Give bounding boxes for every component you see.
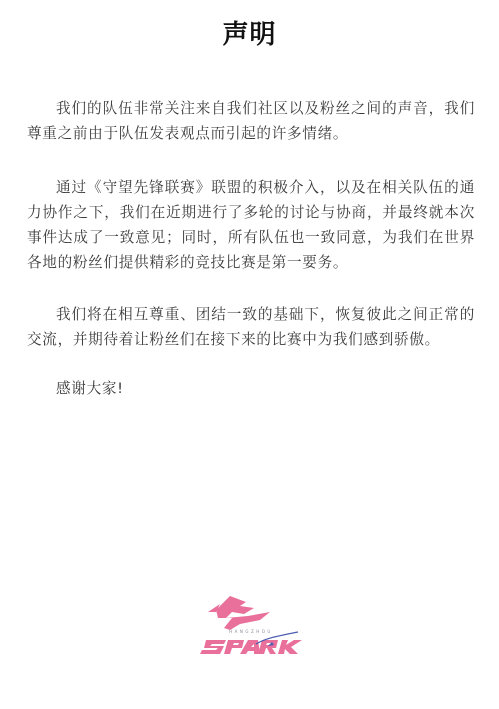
statement-body: 我们的队伍非常关注来自我们社区以及粉丝之间的声音，我们尊重之前由于队伍发表观点而… <box>27 96 475 426</box>
paragraph-3: 我们将在相互尊重、团结一致的基础下，恢复彼此之间正常的交流，并期待着让粉丝们在接… <box>27 302 475 352</box>
paragraph-2: 通过《守望先锋联赛》联盟的积极介入，以及在相关队伍的通力协作之下，我们在近期进行… <box>27 175 475 275</box>
page-title: 声明 <box>0 14 499 51</box>
team-logo: HANGZHOU <box>196 588 306 668</box>
hangzhou-spark-logo-icon <box>196 588 306 668</box>
logo-subtitle: HANGZHOU <box>196 629 306 634</box>
paragraph-1: 我们的队伍非常关注来自我们社区以及粉丝之间的声音，我们尊重之前由于队伍发表观点而… <box>27 96 475 146</box>
closing-thanks: 感谢大家! <box>27 376 475 401</box>
